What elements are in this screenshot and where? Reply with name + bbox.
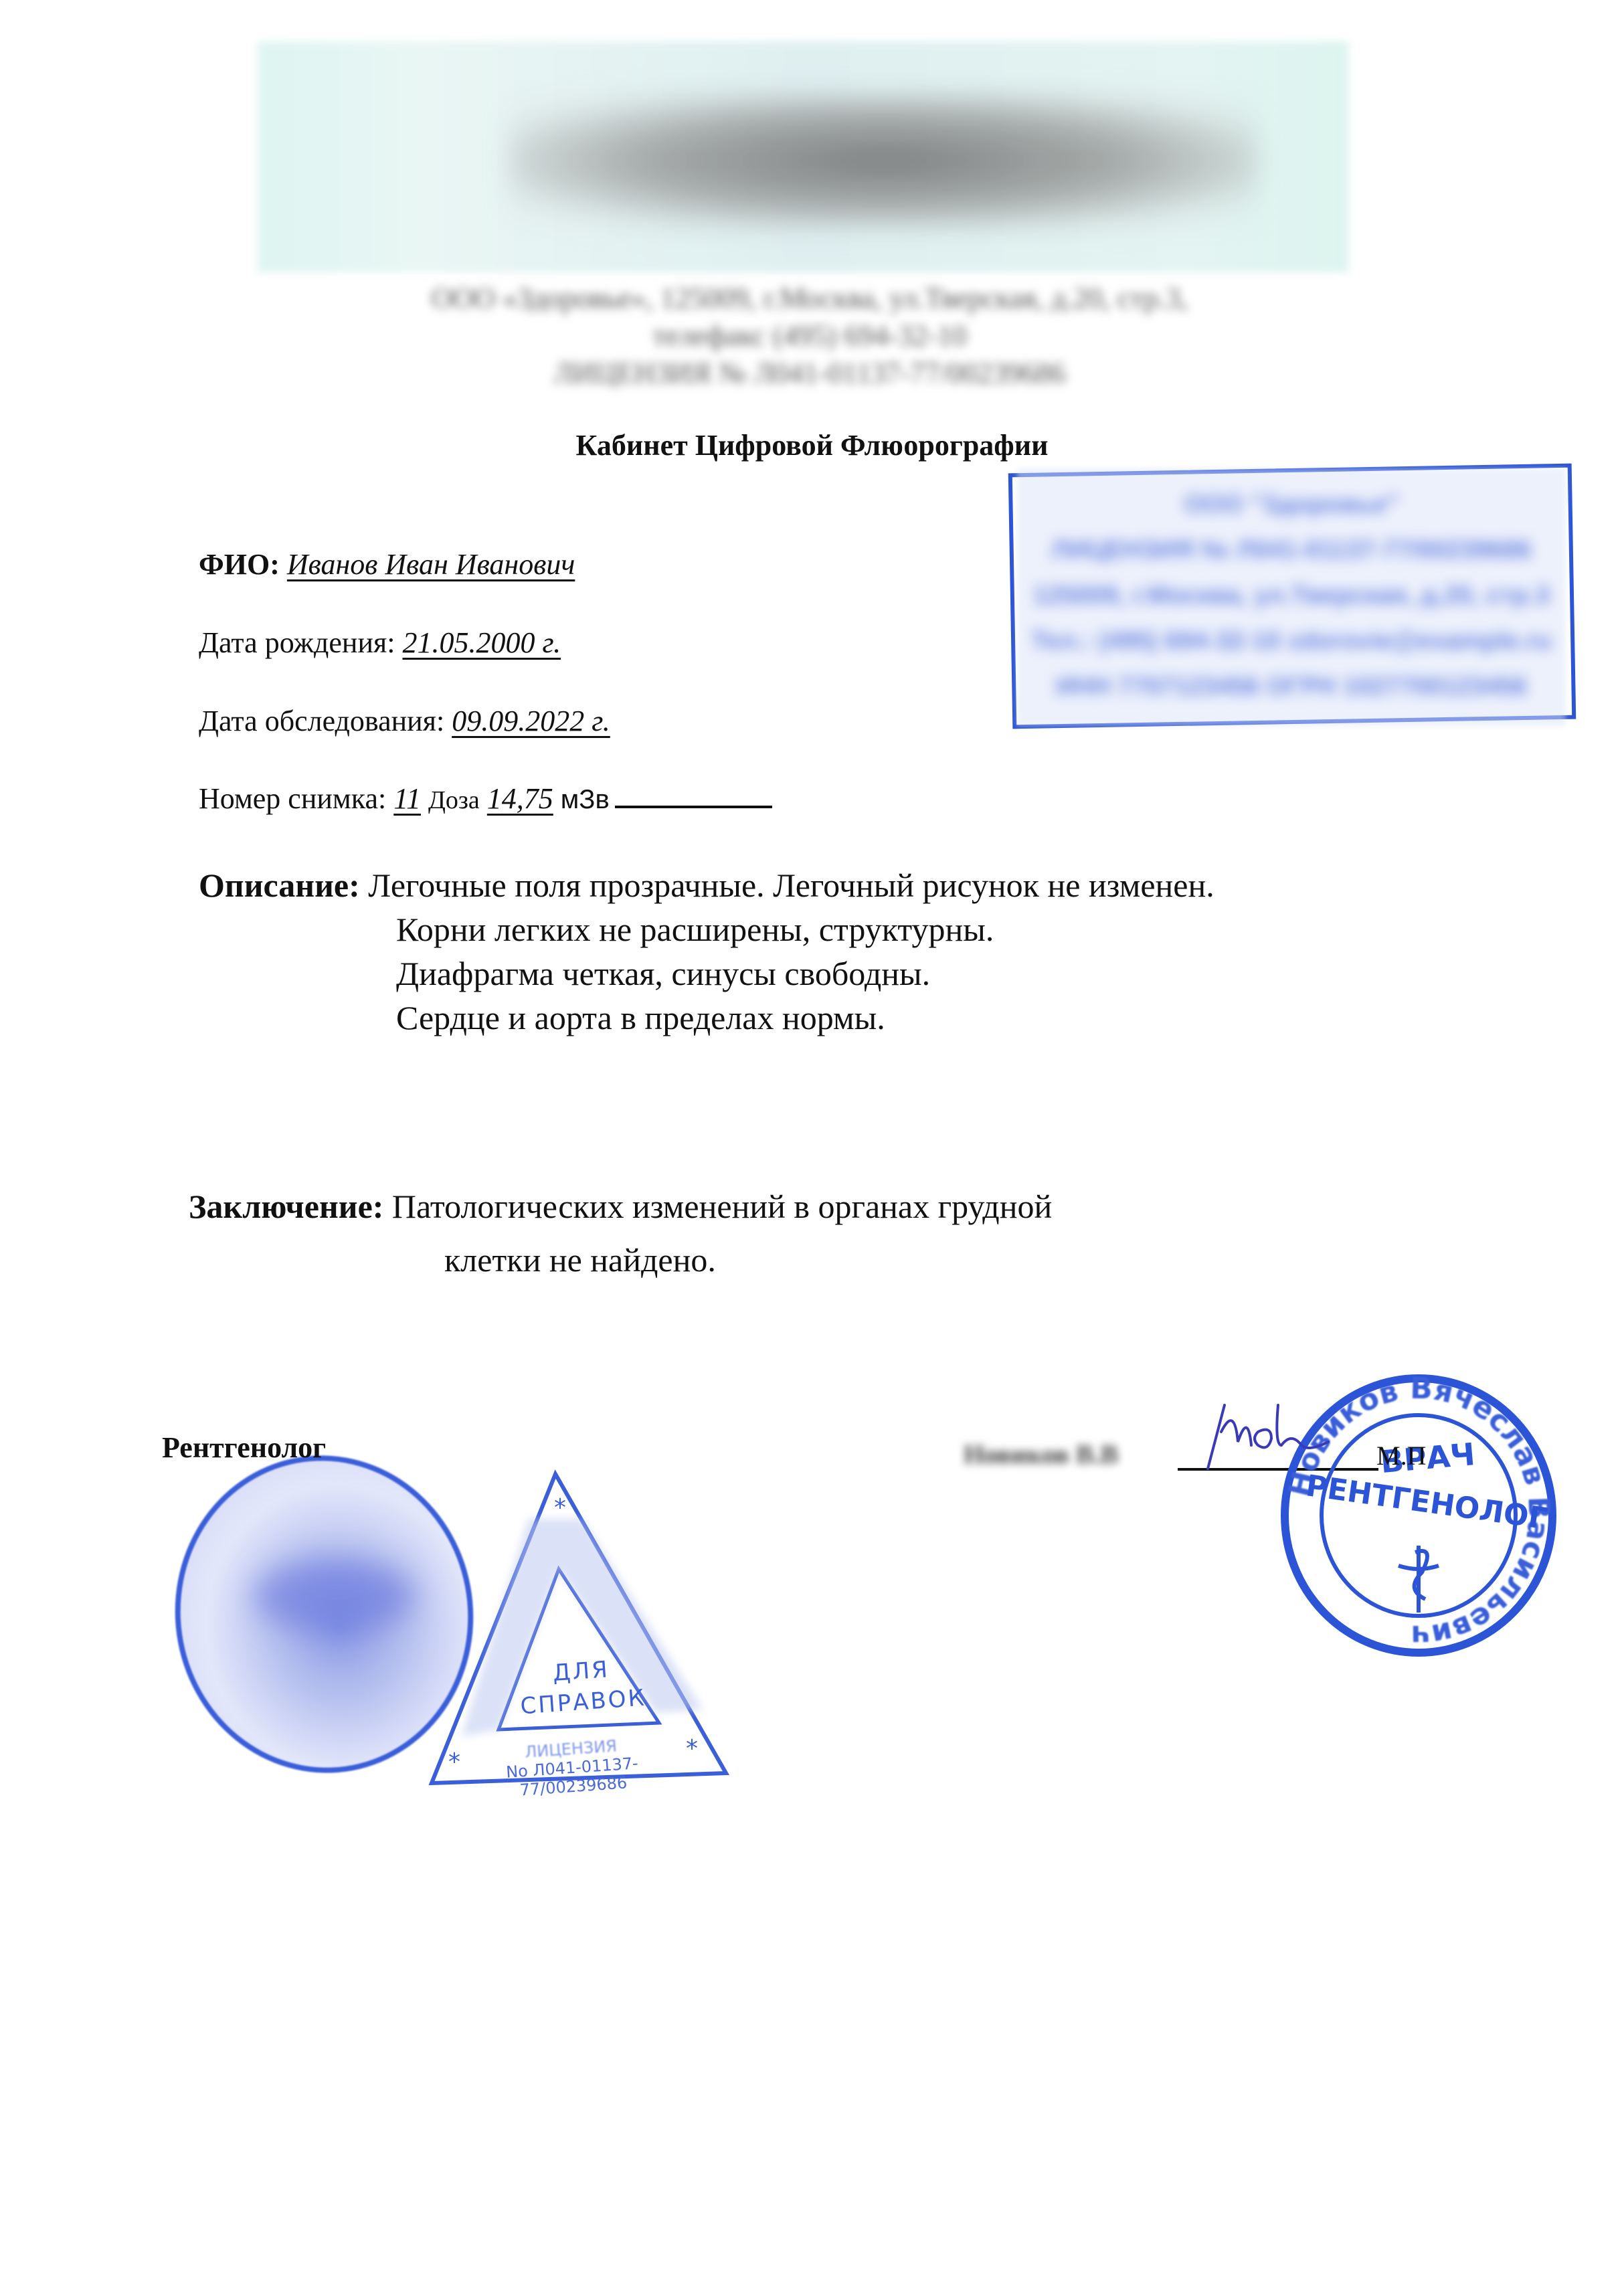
description-line: Диафрагма четкая, синусы свободны.	[199, 951, 1214, 996]
org-license: ЛИЦЕНЗИЯ № Л041-01137-77/00239686	[294, 355, 1325, 392]
shot-dose-row: Номер снимка: 11 Доза 14,75 мЗв	[199, 782, 772, 816]
fio-value: Иванов Иван Иванович	[287, 548, 575, 581]
logo: [blurred logo]	[509, 94, 1258, 227]
organization-info: ООО «Здоровье», 125009, г.Москва, ул.Тве…	[294, 280, 1325, 392]
exam-date-row: Дата обследования: 09.09.2022 г.	[199, 704, 610, 738]
round-stamp-center-blur	[254, 1559, 415, 1633]
conclusion-label: Заключение:	[189, 1188, 383, 1225]
doctor-name: Новиков В.В	[964, 1439, 1118, 1470]
conclusion-line: Патологических изменений в органах грудн…	[392, 1188, 1052, 1225]
signature-icon	[1198, 1392, 1399, 1485]
org-address: ООО «Здоровье», 125009, г.Москва, ул.Тве…	[294, 280, 1325, 317]
fio-label: ФИО:	[199, 548, 280, 581]
dose-unit: мЗв	[561, 785, 610, 814]
description-line: Корни легких не расширены, структурны.	[199, 907, 1214, 951]
description-line: Легочные поля прозрачные. Легочный рисун…	[368, 866, 1214, 904]
stamp-line: ЛИЦЕНЗИЯ № Л041-01137-77/00239686	[1017, 527, 1566, 573]
seal-place-label: М.П	[1376, 1440, 1426, 1471]
svg-text:*: *	[554, 1494, 566, 1522]
description-label: Описание:	[199, 866, 360, 904]
fio-row: ФИО: Иванов Иван Иванович	[199, 547, 575, 581]
birth-date-label: Дата рождения:	[199, 626, 395, 659]
conclusion-line: клетки не найдено.	[189, 1238, 1052, 1282]
exam-date-label: Дата обследования:	[199, 705, 444, 737]
blank-line	[615, 806, 772, 808]
shot-number-value: 11	[393, 782, 421, 815]
stamp-line: ИНН 7707123456 ОГРН 1027700123456	[1017, 664, 1566, 709]
birth-date-value: 21.05.2000 г.	[402, 626, 561, 659]
stamp-line: ООО "Здоровье"	[1017, 482, 1566, 527]
stamp-line: Тел.: (495) 694-32-10 zdorovie@example.r…	[1017, 618, 1566, 664]
org-phone: телефакс (495) 694-32-10	[294, 317, 1325, 355]
birth-date-row: Дата рождения: 21.05.2000 г.	[199, 626, 561, 660]
triangle-stamp-text: ДЛЯ СПРАВОК	[513, 1651, 651, 1722]
role-label: Рентгенолог	[162, 1431, 326, 1465]
description-line: Сердце и аорта в пределах нормы.	[199, 996, 1214, 1040]
organization-stamp-text: ООО "Здоровье" ЛИЦЕНЗИЯ № Л041-01137-77/…	[1017, 482, 1566, 709]
shot-number-label: Номер снимка:	[199, 782, 386, 815]
conclusion-section: Заключение: Патологических изменений в о…	[189, 1184, 1052, 1282]
exam-date-value: 09.09.2022 г.	[452, 705, 610, 737]
dose-value: 14,75	[487, 782, 553, 815]
description-section: Описание: Легочные поля прозрачные. Лего…	[199, 863, 1214, 1040]
dose-label: Доза	[428, 786, 480, 814]
stamp-line: 125009, г.Москва, ул.Тверская, д.20, стр…	[1017, 573, 1566, 618]
document-title: Кабинет Цифровой Флюорографии	[0, 428, 1624, 462]
